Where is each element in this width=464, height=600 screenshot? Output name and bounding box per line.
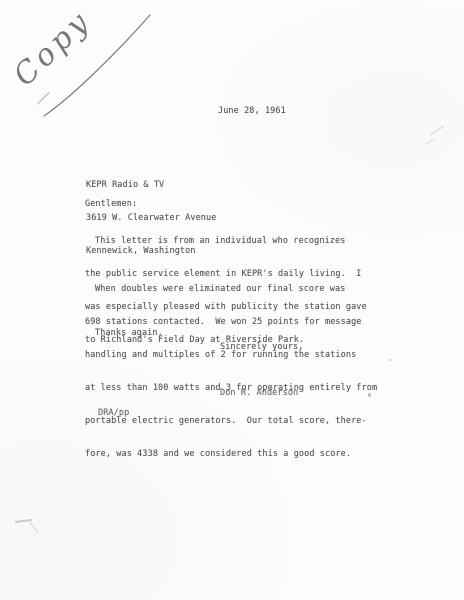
body-line: When doubles were eliminated our final s…	[85, 284, 377, 295]
typist-initials: DRA/pp	[98, 408, 129, 419]
date-line: June 28, 1961	[218, 106, 286, 117]
scan-speck	[389, 359, 392, 361]
scan-speck	[368, 393, 371, 397]
body-line: This letter is from an individual who re…	[85, 236, 367, 247]
body-line: 698 stations contacted. We won 25 points…	[85, 317, 377, 328]
letter-page: Copy June 28, 1961 KEPR Radio & TV 3619 …	[0, 0, 464, 600]
pencil-mark-bottom-left-diagonal	[29, 522, 39, 533]
pencil-mark-right-lower	[426, 138, 436, 145]
salutation: Gentlemen:	[85, 199, 137, 210]
signature-name: Don R. Anderson	[220, 388, 298, 399]
copy-stamp: Copy	[0, 0, 170, 130]
thanks-line: Thanks again.	[95, 328, 163, 339]
pencil-mark-right-upper	[430, 126, 444, 136]
address-line-1: KEPR Radio & TV	[86, 180, 216, 191]
closing-line: Sincerely yours,	[220, 342, 303, 353]
body-line: fore, was 4338 and we considered this a …	[85, 449, 377, 460]
body-paragraph-2: When doubles were eliminated our final s…	[85, 262, 377, 482]
